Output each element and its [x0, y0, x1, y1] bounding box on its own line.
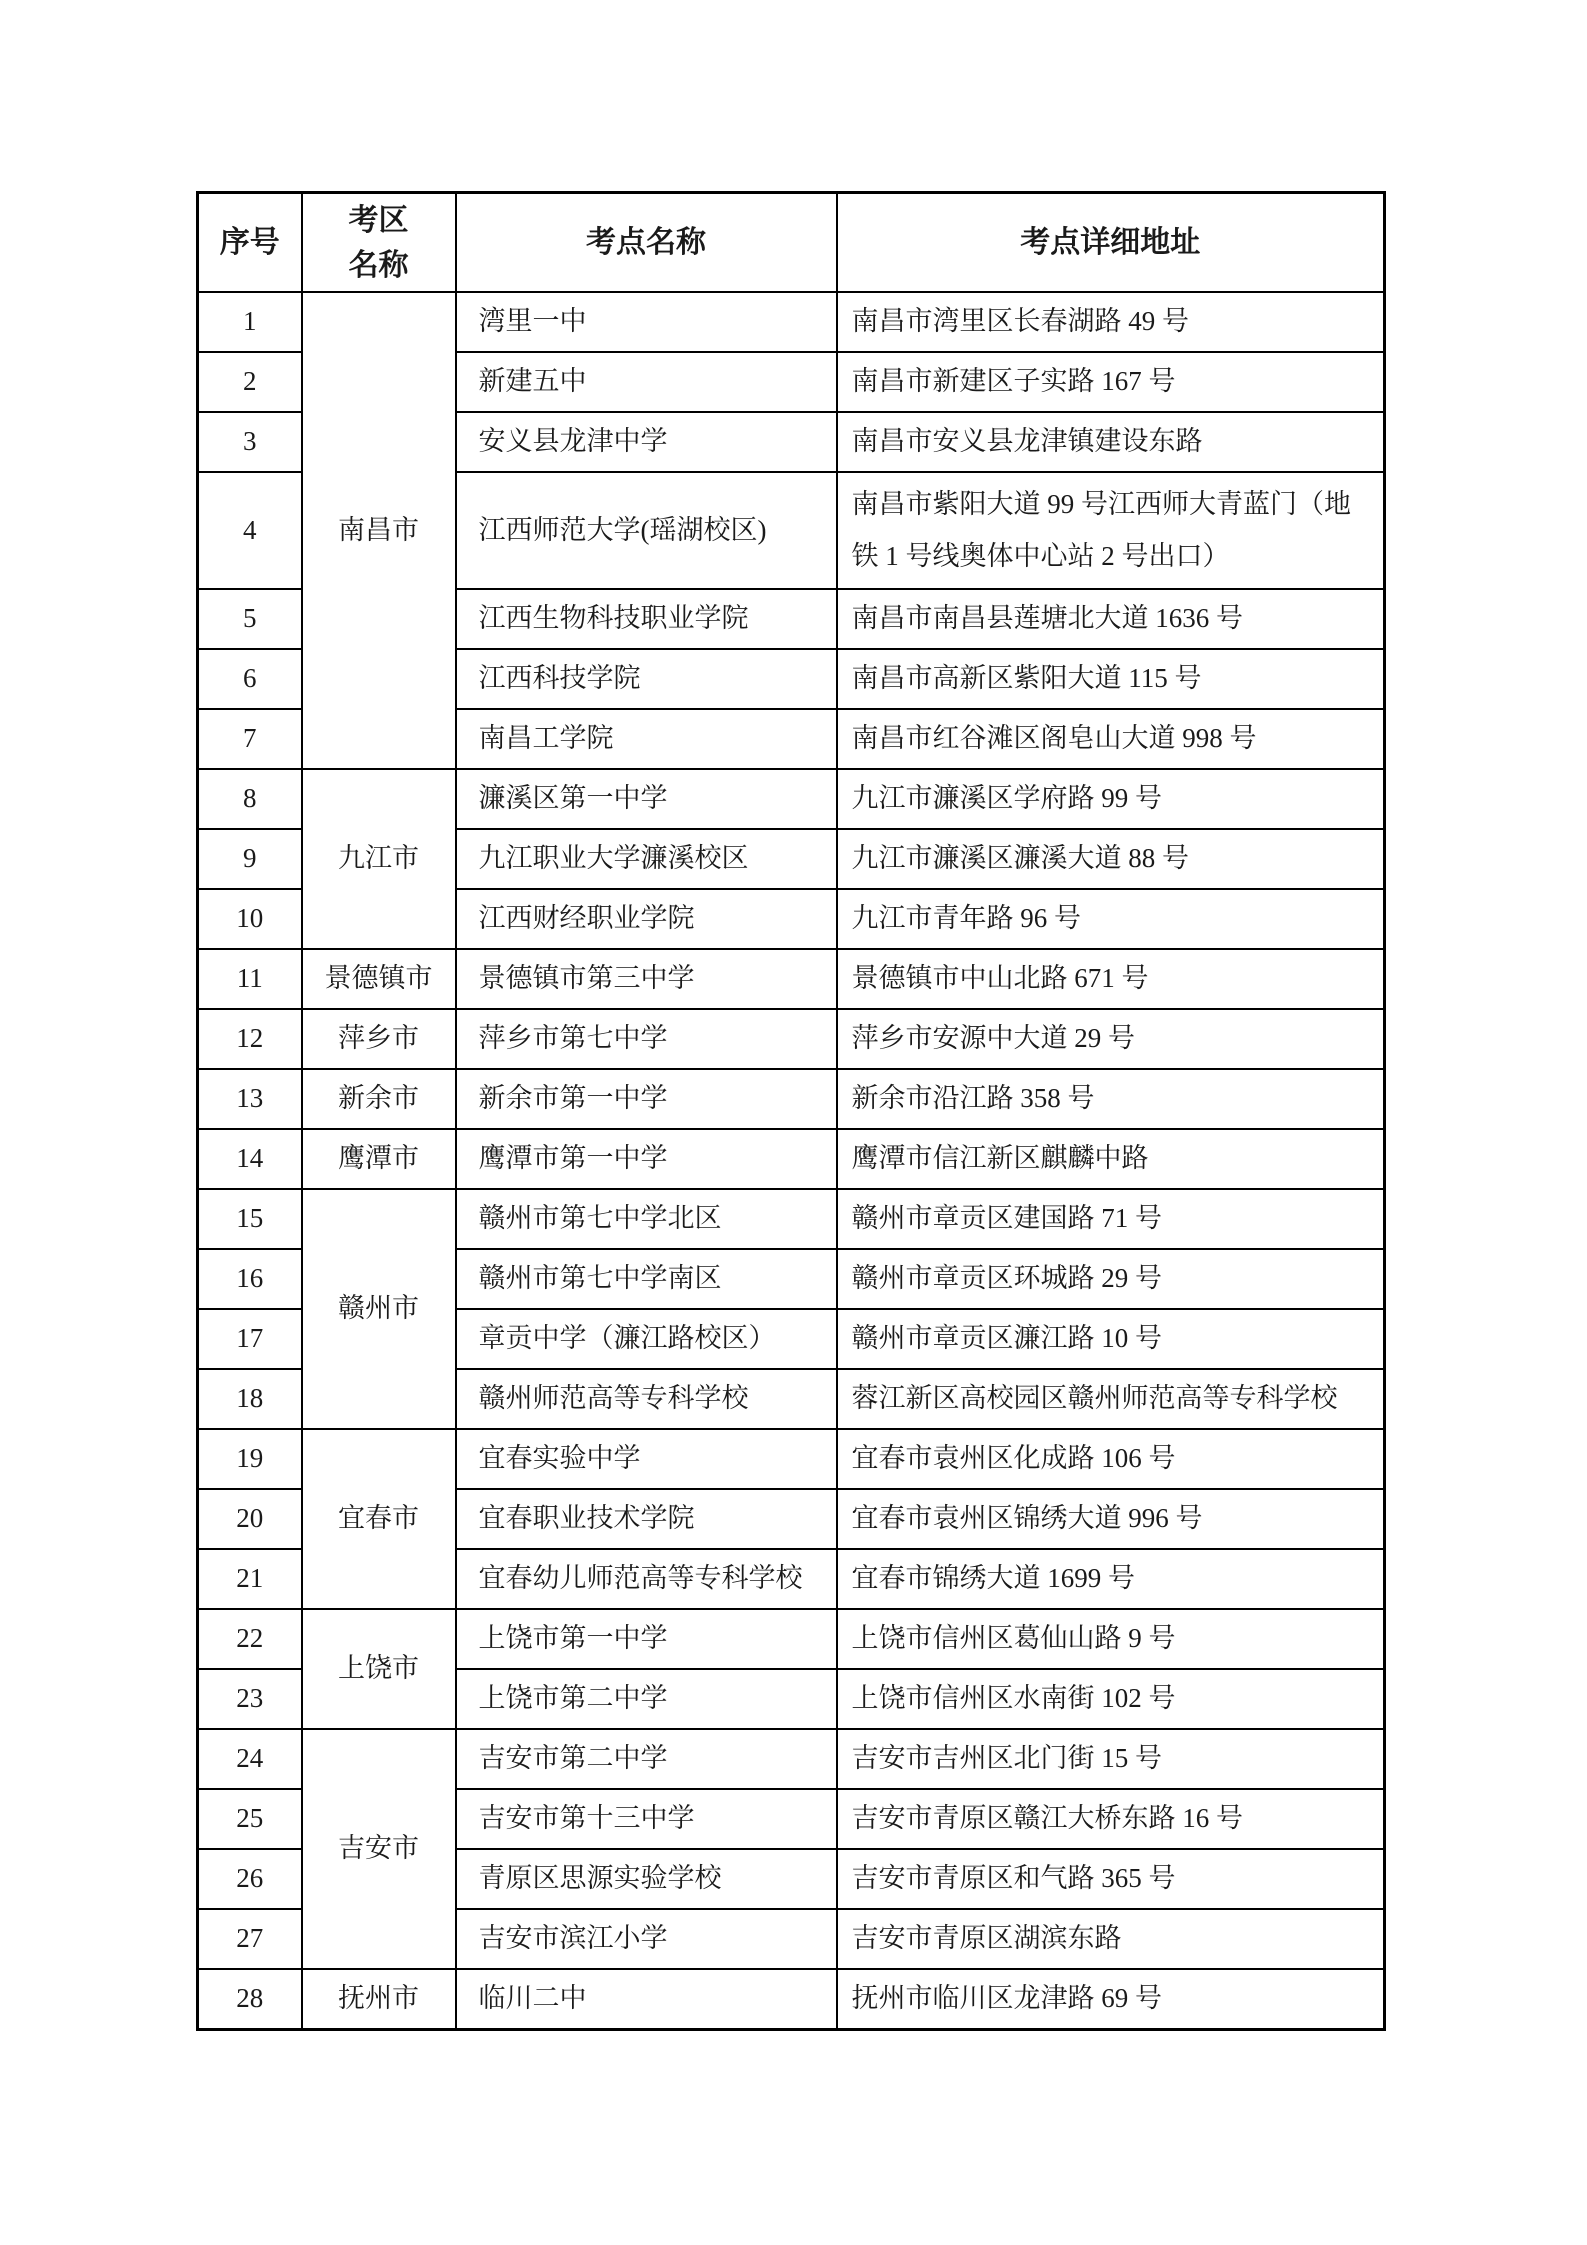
cell-site: 江西师范大学(瑶湖校区) — [456, 472, 837, 589]
table-row: 14鹰潭市鹰潭市第一中学鹰潭市信江新区麒麟中路 — [198, 1129, 1385, 1189]
cell-address: 南昌市安义县龙津镇建设东路 — [837, 412, 1385, 472]
cell-site: 安义县龙津中学 — [456, 412, 837, 472]
cell-address: 南昌市紫阳大道 99 号江西师大青蓝门（地铁 1 号线奥体中心站 2 号出口） — [837, 472, 1385, 589]
cell-site: 萍乡市第七中学 — [456, 1009, 837, 1069]
cell-index: 20 — [198, 1489, 302, 1549]
cell-district: 南昌市 — [302, 292, 456, 769]
cell-index: 25 — [198, 1789, 302, 1849]
cell-address: 九江市濂溪区学府路 99 号 — [837, 769, 1385, 829]
cell-index: 11 — [198, 949, 302, 1009]
table-row: 11景德镇市景德镇市第三中学景德镇市中山北路 671 号 — [198, 949, 1385, 1009]
cell-address: 萍乡市安源中大道 29 号 — [837, 1009, 1385, 1069]
cell-site: 宜春幼儿师范高等专科学校 — [456, 1549, 837, 1609]
table-row: 22上饶市上饶市第一中学上饶市信州区葛仙山路 9 号 — [198, 1609, 1385, 1669]
cell-index: 23 — [198, 1669, 302, 1729]
cell-district: 新余市 — [302, 1069, 456, 1129]
cell-site: 临川二中 — [456, 1969, 837, 2030]
cell-district: 宜春市 — [302, 1429, 456, 1609]
cell-address: 南昌市高新区紫阳大道 115 号 — [837, 649, 1385, 709]
cell-site: 新余市第一中学 — [456, 1069, 837, 1129]
cell-address: 宜春市锦绣大道 1699 号 — [837, 1549, 1385, 1609]
table-header: 序号 考区 名称 考点名称 考点详细地址 — [198, 193, 1385, 293]
cell-site: 赣州师范高等专科学校 — [456, 1369, 837, 1429]
cell-district: 抚州市 — [302, 1969, 456, 2030]
cell-address: 九江市青年路 96 号 — [837, 889, 1385, 949]
cell-address: 吉安市青原区和气路 365 号 — [837, 1849, 1385, 1909]
cell-index: 2 — [198, 352, 302, 412]
cell-index: 14 — [198, 1129, 302, 1189]
cell-address: 南昌市南昌县莲塘北大道 1636 号 — [837, 589, 1385, 649]
cell-index: 7 — [198, 709, 302, 769]
table-row: 28抚州市临川二中抚州市临川区龙津路 69 号 — [198, 1969, 1385, 2030]
cell-index: 5 — [198, 589, 302, 649]
cell-address: 抚州市临川区龙津路 69 号 — [837, 1969, 1385, 2030]
header-site: 考点名称 — [456, 193, 837, 293]
cell-index: 13 — [198, 1069, 302, 1129]
cell-district: 鹰潭市 — [302, 1129, 456, 1189]
cell-district: 景德镇市 — [302, 949, 456, 1009]
header-address: 考点详细地址 — [837, 193, 1385, 293]
cell-site: 南昌工学院 — [456, 709, 837, 769]
cell-address: 蓉江新区高校园区赣州师范高等专科学校 — [837, 1369, 1385, 1429]
cell-index: 1 — [198, 292, 302, 352]
cell-address: 赣州市章贡区濂江路 10 号 — [837, 1309, 1385, 1369]
cell-address: 上饶市信州区葛仙山路 9 号 — [837, 1609, 1385, 1669]
exam-sites-table: 序号 考区 名称 考点名称 考点详细地址 1南昌市湾里一中南昌市湾里区长春湖路 … — [196, 191, 1386, 2031]
cell-address: 赣州市章贡区建国路 71 号 — [837, 1189, 1385, 1249]
cell-site: 宜春职业技术学院 — [456, 1489, 837, 1549]
cell-index: 15 — [198, 1189, 302, 1249]
table-row: 12萍乡市萍乡市第七中学萍乡市安源中大道 29 号 — [198, 1009, 1385, 1069]
cell-address: 吉安市吉州区北门街 15 号 — [837, 1729, 1385, 1789]
cell-site: 赣州市第七中学北区 — [456, 1189, 837, 1249]
cell-index: 10 — [198, 889, 302, 949]
cell-district: 吉安市 — [302, 1729, 456, 1969]
cell-site: 吉安市第十三中学 — [456, 1789, 837, 1849]
cell-site: 新建五中 — [456, 352, 837, 412]
cell-site: 江西生物科技职业学院 — [456, 589, 837, 649]
table-row: 8九江市濂溪区第一中学九江市濂溪区学府路 99 号 — [198, 769, 1385, 829]
cell-index: 19 — [198, 1429, 302, 1489]
cell-index: 28 — [198, 1969, 302, 2030]
cell-index: 22 — [198, 1609, 302, 1669]
cell-address: 宜春市袁州区化成路 106 号 — [837, 1429, 1385, 1489]
cell-index: 6 — [198, 649, 302, 709]
table-row: 19宜春市宜春实验中学宜春市袁州区化成路 106 号 — [198, 1429, 1385, 1489]
cell-address: 赣州市章贡区环城路 29 号 — [837, 1249, 1385, 1309]
cell-address: 九江市濂溪区濂溪大道 88 号 — [837, 829, 1385, 889]
cell-index: 27 — [198, 1909, 302, 1969]
cell-site: 吉安市滨江小学 — [456, 1909, 837, 1969]
cell-site: 景德镇市第三中学 — [456, 949, 837, 1009]
cell-site: 上饶市第一中学 — [456, 1609, 837, 1669]
cell-index: 17 — [198, 1309, 302, 1369]
header-district-line1: 考区 — [304, 198, 454, 243]
cell-site: 吉安市第二中学 — [456, 1729, 837, 1789]
cell-site: 赣州市第七中学南区 — [456, 1249, 837, 1309]
cell-address: 新余市沿江路 358 号 — [837, 1069, 1385, 1129]
cell-index: 9 — [198, 829, 302, 889]
table-row: 1南昌市湾里一中南昌市湾里区长春湖路 49 号 — [198, 292, 1385, 352]
cell-address: 南昌市新建区子实路 167 号 — [837, 352, 1385, 412]
cell-site: 章贡中学（濂江路校区） — [456, 1309, 837, 1369]
cell-site: 江西财经职业学院 — [456, 889, 837, 949]
cell-index: 12 — [198, 1009, 302, 1069]
header-row: 序号 考区 名称 考点名称 考点详细地址 — [198, 193, 1385, 293]
cell-index: 8 — [198, 769, 302, 829]
cell-index: 4 — [198, 472, 302, 589]
cell-site: 九江职业大学濂溪校区 — [456, 829, 837, 889]
cell-index: 26 — [198, 1849, 302, 1909]
cell-address: 景德镇市中山北路 671 号 — [837, 949, 1385, 1009]
cell-site: 江西科技学院 — [456, 649, 837, 709]
cell-district: 萍乡市 — [302, 1009, 456, 1069]
header-district: 考区 名称 — [302, 193, 456, 293]
cell-district: 赣州市 — [302, 1189, 456, 1429]
cell-site: 鹰潭市第一中学 — [456, 1129, 837, 1189]
cell-district: 九江市 — [302, 769, 456, 949]
cell-address: 鹰潭市信江新区麒麟中路 — [837, 1129, 1385, 1189]
cell-district: 上饶市 — [302, 1609, 456, 1729]
cell-site: 濂溪区第一中学 — [456, 769, 837, 829]
table-body: 1南昌市湾里一中南昌市湾里区长春湖路 49 号2新建五中南昌市新建区子实路 16… — [198, 292, 1385, 2030]
cell-site: 青原区思源实验学校 — [456, 1849, 837, 1909]
cell-address: 吉安市青原区赣江大桥东路 16 号 — [837, 1789, 1385, 1849]
cell-site: 湾里一中 — [456, 292, 837, 352]
header-district-line2: 名称 — [304, 243, 454, 288]
cell-index: 21 — [198, 1549, 302, 1609]
cell-site: 宜春实验中学 — [456, 1429, 837, 1489]
cell-index: 3 — [198, 412, 302, 472]
cell-site: 上饶市第二中学 — [456, 1669, 837, 1729]
cell-address: 南昌市湾里区长春湖路 49 号 — [837, 292, 1385, 352]
cell-address: 南昌市红谷滩区阁皂山大道 998 号 — [837, 709, 1385, 769]
cell-index: 24 — [198, 1729, 302, 1789]
header-index: 序号 — [198, 193, 302, 293]
cell-address: 上饶市信州区水南街 102 号 — [837, 1669, 1385, 1729]
cell-address: 吉安市青原区湖滨东路 — [837, 1909, 1385, 1969]
cell-index: 16 — [198, 1249, 302, 1309]
table-row: 24吉安市吉安市第二中学吉安市吉州区北门街 15 号 — [198, 1729, 1385, 1789]
table-row: 15赣州市赣州市第七中学北区赣州市章贡区建国路 71 号 — [198, 1189, 1385, 1249]
cell-index: 18 — [198, 1369, 302, 1429]
document-page: 序号 考区 名称 考点名称 考点详细地址 1南昌市湾里一中南昌市湾里区长春湖路 … — [0, 0, 1587, 2245]
cell-address: 宜春市袁州区锦绣大道 996 号 — [837, 1489, 1385, 1549]
table-row: 13新余市新余市第一中学新余市沿江路 358 号 — [198, 1069, 1385, 1129]
